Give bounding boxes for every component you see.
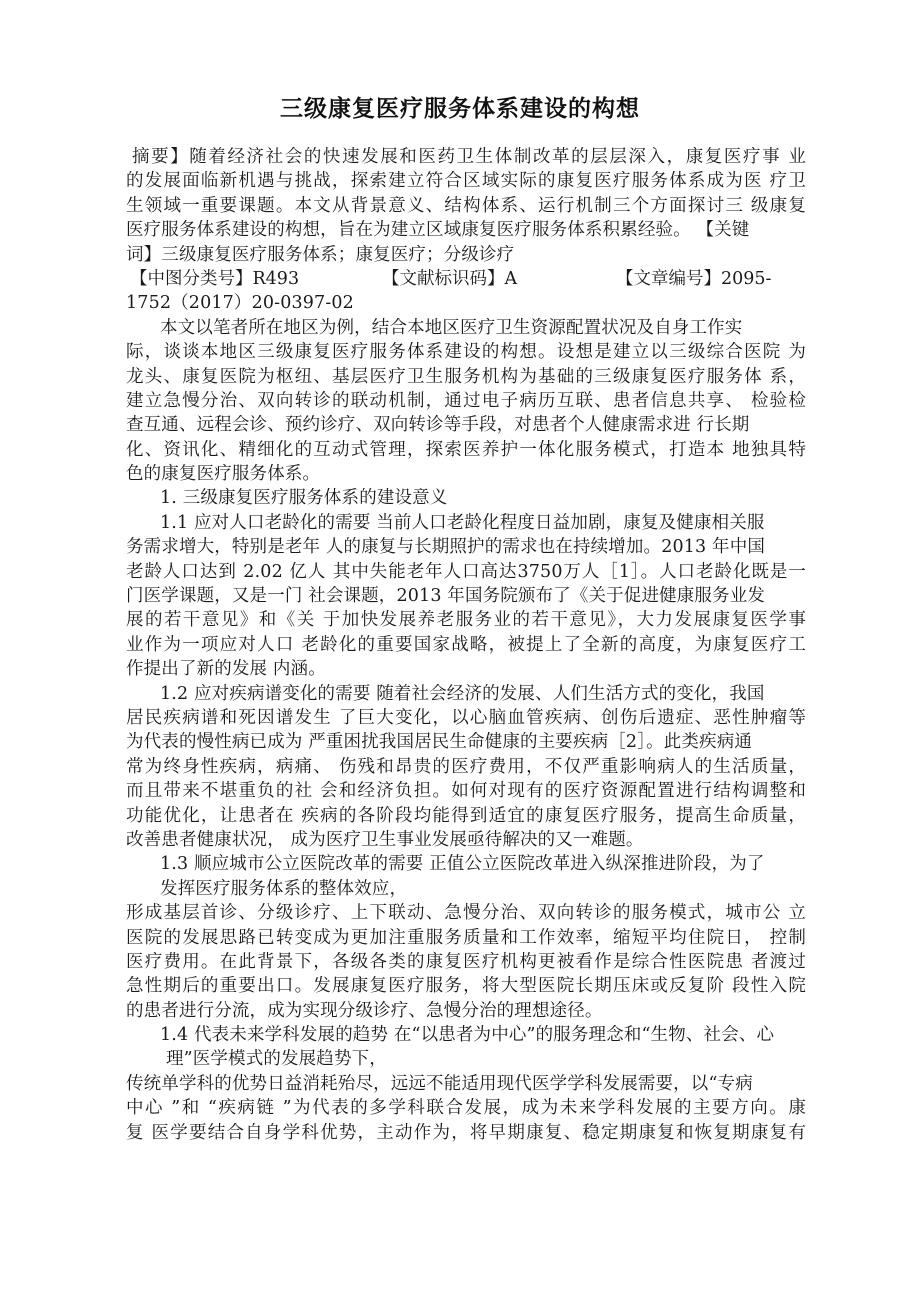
- meta-row: 【中图分类号】R493 【文献标识码】A 【文章编号】2095-: [126, 267, 806, 291]
- section-heading: 1. 三级康复医疗服务体系的建设意义: [126, 486, 806, 510]
- document-code: 【文献标识码】A: [382, 267, 517, 291]
- paragraph-line: 1.1 应对人口老龄化的需要 当前人口老龄化程度日益加剧，康复及健康相关服: [126, 511, 806, 535]
- paragraph-line: 老龄人口达到 2.02 亿人 其中失能老年人口高达3750万人［1］。人口老龄化…: [126, 560, 806, 584]
- paragraph-line: 门医学课题，又是一门 社会课题，2013 年国务院颁布了《关于促进健康服务业发: [126, 584, 806, 608]
- paragraph-line: 急性期后的重要出口。发展康复医疗服务，将大型医院长期压床或反复阶 段性入院: [126, 974, 806, 998]
- document-page: 三级康复医疗服务体系建设的构想 摘要】随着经济社会的快速发展和医药卫生体制改革的…: [0, 0, 920, 1302]
- paragraph-line: 1.2 应对疾病谱变化的需要 随着社会经济的发展、人们生活方式的变化，我国: [126, 682, 806, 706]
- paragraph-line: 医院的发展思路已转变成为更加注重服务质量和工作效率，缩短平均住院日， 控制: [126, 926, 806, 950]
- paragraph-line: 形成基层首诊、分级诊疗、上下联动、急慢分治、双向转诊的服务模式，城市公 立: [126, 901, 806, 925]
- paragraph-line: 中心 ”和 “疾病链 ”为代表的多学科联合发展，成为未来学科发展的主要方向。康: [126, 1096, 806, 1120]
- paragraph-line: 务需求增大，特别是老年 人的康复与长期照护的需求也在持续增加。2013 年中国: [126, 535, 806, 559]
- paragraph-line: 医疗费用。在此背景下，各级各类的康复医疗机构更被看作是综合性医院患 者渡过: [126, 950, 806, 974]
- paragraph-line: 理”医学模式的发展趋势下，: [126, 1047, 806, 1071]
- abstract: 摘要】随着经济社会的快速发展和医药卫生体制改革的层层深入，康复医疗事 业 的发展…: [126, 145, 806, 267]
- document-title: 三级康复医疗服务体系建设的构想: [0, 90, 920, 123]
- abstract-line: 的发展面临新机遇与挑战，探索建立符合区域实际的康复医疗服务体系成为医 疗卫: [126, 169, 806, 193]
- abstract-line: 摘要】随着经济社会的快速发展和医药卫生体制改革的层层深入，康复医疗事 业: [126, 145, 806, 169]
- paragraph-line: 查互通、远程会诊、预约诊疗、双向转诊等手段，对患者个人健康需求进 行长期: [126, 413, 806, 437]
- subsection-1-2: 1.2 应对疾病谱变化的需要 随着社会经济的发展、人们生活方式的变化，我国 居民…: [126, 682, 806, 853]
- intro-paragraph: 本文以笔者所在地区为例，结合本地区医疗卫生资源配置状况及自身工作实 际，谈谈本地…: [126, 316, 806, 487]
- paragraph-line: 建立急慢分治、双向转诊的联动机制，通过电子病历互联、患者信息共享、 检验检: [126, 389, 806, 413]
- paragraph-line: 1.4 代表未来学科发展的趋势 在“以患者为中心”的服务理念和“生物、社会、心: [126, 1023, 806, 1047]
- paragraph-line: 常为终身性疾病，病痛、 伤残和昂贵的医疗费用，不仅严重影响病人的生活质量，: [126, 755, 806, 779]
- paragraph-line: 的患者进行分流，成为实现分级诊疗、急慢分治的理想途径。: [126, 999, 806, 1023]
- paragraph-line: 色的康复医疗服务体系。: [126, 462, 806, 486]
- paragraph-line: 传统单学科的优势日益消耗殆尽，远远不能适用现代医学学科发展需要，以“专病: [126, 1072, 806, 1096]
- clc-number: 【中图分类号】R493: [130, 267, 299, 291]
- abstract-line: 医疗服务体系建设的构想，旨在为建立区域康复医疗服务体系积累经验。 【关键: [126, 218, 806, 242]
- keywords-line: 词】三级康复医疗服务体系；康复医疗；分级诊疗: [126, 243, 806, 267]
- paragraph-line: 龙头、康复医院为枢纽、基层医疗卫生服务机构为基础的三级康复医疗服务体 系，: [126, 365, 806, 389]
- paragraph-line: 展的若干意见》和《关 于加快发展养老服务业的若干意见》，大力发展康复医学事: [126, 608, 806, 632]
- paragraph-line: 复 医学要结合自身学科优势，主动作为，将早期康复、稳定期康复和恢复期康复有: [126, 1121, 806, 1145]
- document-body: 摘要】随着经济社会的快速发展和医药卫生体制改革的层层深入，康复医疗事 业 的发展…: [126, 145, 806, 1145]
- paragraph-line: 而且带来不堪重负的社 会和经济负担。如何对现有的医疗资源配置进行结构调整和: [126, 779, 806, 803]
- paragraph-line: 业作为一项应对人口 老龄化的重要国家战略，被提上了全新的高度，为康复医疗工: [126, 633, 806, 657]
- paragraph-line: 化、资讯化、精细化的互动式管理，探索医养护一体化服务模式，打造本 地独具特: [126, 438, 806, 462]
- article-number-continued: 1752（2017）20-0397-02: [126, 291, 806, 315]
- subsection-1-1: 1.1 应对人口老龄化的需要 当前人口老龄化程度日益加剧，康复及健康相关服 务需…: [126, 511, 806, 682]
- paragraph-line: 本文以笔者所在地区为例，结合本地区医疗卫生资源配置状况及自身工作实: [126, 316, 806, 340]
- subsection-1-4: 1.4 代表未来学科发展的趋势 在“以患者为中心”的服务理念和“生物、社会、心 …: [126, 1023, 806, 1145]
- abstract-line: 生领域一重要课题。本文从背景意义、结构体系、运行机制三个方面探讨三 级康复: [126, 194, 806, 218]
- paragraph-line: 1.3 顺应城市公立医院改革的需要 正值公立医院改革进入纵深推进阶段，为了: [126, 852, 806, 876]
- paragraph-line: 际，谈谈本地区三级康复医疗服务体系建设的构想。设想是建立以三级综合医院 为: [126, 340, 806, 364]
- article-number: 【文章编号】2095-: [616, 267, 771, 291]
- paragraph-line: 改善患者健康状况， 成为医疗卫生事业发展亟待解决的又一难题。: [126, 828, 806, 852]
- paragraph-line: 作提出了新的发展 内涵。: [126, 657, 806, 681]
- paragraph-line: 发挥医疗服务体系的整体效应，: [126, 877, 806, 901]
- paragraph-line: 居民疾病谱和死因谱发生 了巨大变化，以心脑血管疾病、创伤后遗症、恶性肿瘤等: [126, 706, 806, 730]
- paragraph-line: 功能优化，让患者在 疾病的各阶段均能得到适宜的康复医疗服务，提高生命质量，: [126, 804, 806, 828]
- subsection-1-3: 1.3 顺应城市公立医院改革的需要 正值公立医院改革进入纵深推进阶段，为了 发挥…: [126, 852, 806, 1023]
- paragraph-line: 为代表的慢性病已成为 严重困扰我国居民生命健康的主要疾病［2］。此类疾病通: [126, 730, 806, 754]
